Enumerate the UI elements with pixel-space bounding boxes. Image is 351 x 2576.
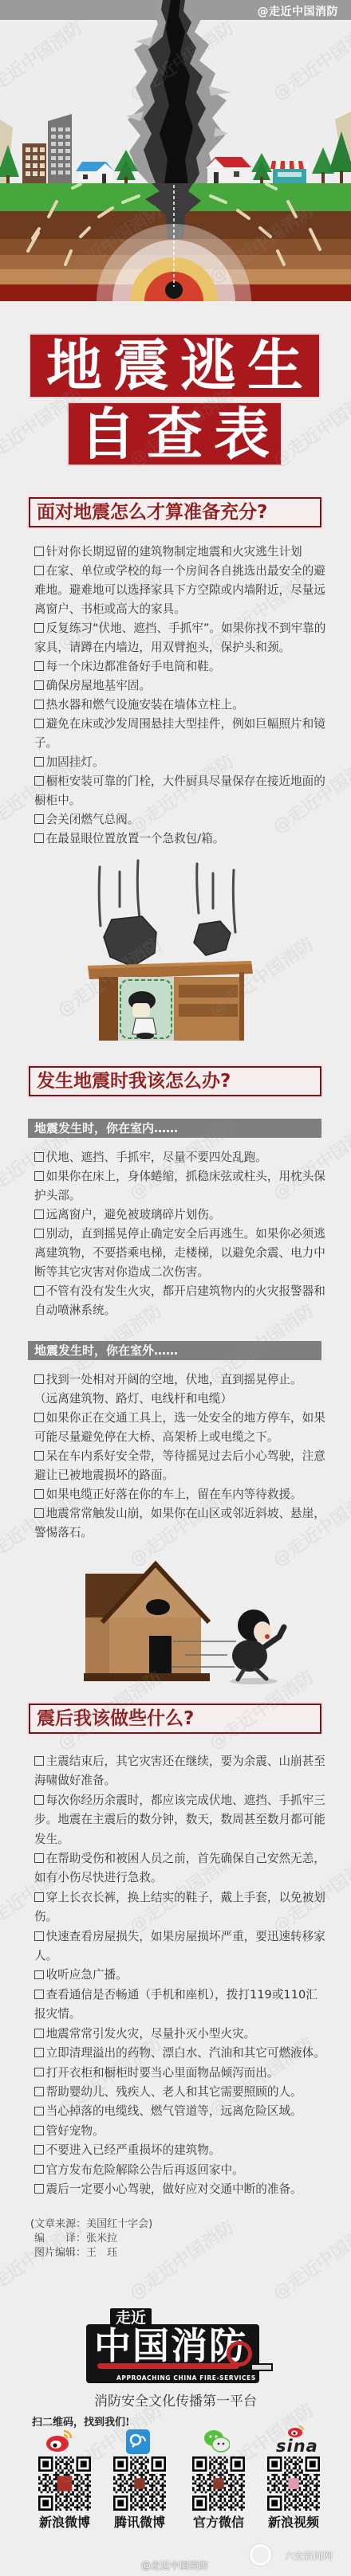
item-text: 如果你在床上，身体蜷缩，抓稳床弦或柱头，用枕头保护头部。 — [34, 1170, 325, 1202]
checklist-item: 呆在车内系好安全带，等待摇晃过去后小心驾驶，注意避让已被地震损坏的路面。 — [34, 1447, 326, 1485]
checklist-item: 每次你经历余震时，都应该完成伏地、遮挡、手抓牢三步。地震在主震后的数分钟，数天，… — [34, 1791, 326, 1849]
watermark: @走近中国消防 — [267, 2214, 351, 2305]
item-text: 管好宠物。 — [46, 2124, 105, 2138]
checkbox-icon — [34, 1970, 44, 1980]
evacuate-house-illustration — [0, 1554, 351, 1689]
item-text: 震后一定要小心驾驶，做好应对交通中断的准备。 — [46, 2182, 302, 2196]
item-text: 每次你经历余震时，都应该完成伏地、遮挡、手抓牢三步。地震在主震后的数分钟，数天，… — [34, 1794, 325, 1846]
checklist-item: 找到一处相对开阔的空地，伏地，直到摇晃停止。 （远离建筑物、路灯、电线杆和电缆） — [34, 1370, 326, 1409]
item-text: 打开衣柜和橱柜时要当心里面物品倾泻而出。 — [46, 2066, 279, 2080]
top-bar-watermark: @走近中国消防 — [258, 3, 339, 19]
item-text: 当心掉落的电缆线、燃气管道等，远离危险区域。 — [46, 2104, 302, 2118]
checklist-item: 如果电缆正好落在你的车上，留在车内等待救援。 — [34, 1485, 326, 1504]
checklist-item: 如果你在床上，身体蜷缩，抓稳床弦或柱头，用枕头保护头部。 — [34, 1167, 326, 1206]
item-text: 主震结束后，其它灾害还在继续，要为余震、山崩甚至海啸做好准备。 — [34, 1755, 325, 1787]
checklist-item: 在最显眼位置放置一个急救包/箱。 — [34, 829, 326, 849]
item-text: 橱柜安装可靠的门栓，大件厨具尽量保存在接近地面的橱柜中。 — [34, 774, 325, 807]
hero-banner: @走近中国消防 — [0, 0, 351, 301]
item-text: 不要进入已经严重损坏的建筑物。 — [46, 2143, 221, 2157]
checkbox-icon — [34, 623, 44, 633]
checklist-item: 反复练习“伏地、遮挡、手抓牢”。如果你找不到牢靠的家具，请蹲在内墙边，用双臂抱头… — [34, 619, 326, 657]
qr-code-tencent-weibo — [113, 2456, 166, 2511]
item-text: 伏地、遮挡、手抓牢，尽量不要四处乱跑。 — [46, 1151, 267, 1164]
checklist-item: 伏地、遮挡、手抓牢，尽量不要四处乱跑。 — [34, 1148, 326, 1167]
checkbox-icon — [34, 661, 44, 671]
item-text: 收听应急广播。 — [46, 1968, 128, 1982]
checklist-item: 不要进入已经严重损坏的建筑物。 — [34, 2141, 326, 2160]
checkbox-icon — [34, 1853, 44, 1863]
checkbox-icon — [34, 776, 44, 786]
checklist-item: 管好宠物。 — [34, 2122, 326, 2141]
checkbox-icon — [34, 1892, 44, 1902]
item-text: 热水器和燃气设施安装在墙体立柱上。 — [46, 698, 244, 712]
checklist-item: 立即清理溢出的药物、漂白水、汽油和其它可燃液体。 — [34, 2044, 326, 2063]
item-text: 确保房屋地基牢固。 — [46, 679, 151, 692]
checkbox-icon — [34, 680, 44, 690]
checkbox-icon — [34, 1508, 44, 1518]
checklist-item: 在帮助受伤和被困人员之前，首先确保自己安然无恙，如有小伤尽快进行急救。 — [34, 1849, 326, 1888]
item-text: 如果你正在交通工具上，选一处安全的地方停车，如果可能尽量避免停在大桥、高架桥上或… — [34, 1411, 325, 1444]
checkbox-icon — [34, 2184, 44, 2194]
credit-translator: 编 译：张米拉 — [30, 2232, 152, 2246]
item-text: 找到一处相对开阔的空地，伏地，直到摇晃停止。 （远离建筑物、路灯、电线杆和电缆） — [34, 1373, 302, 1406]
checklist-item: 加固挂灯。 — [34, 753, 326, 772]
item-text: 不管有没有发生火灾，都开启建筑物内的火灾报警器和自动喷淋系统。 — [34, 1284, 325, 1317]
item-text: 地震常常引发火灾，尽量扑灭小型火灾。 — [46, 2027, 256, 2041]
checklist-item: 避免在床或沙发周围悬挂大型挂件，例如巨幅照片和镜子。 — [34, 715, 326, 753]
partner-watermark: 六安新闻网 — [285, 2549, 333, 2562]
checkbox-icon — [34, 700, 44, 709]
item-text: 快速查看房屋损失，如果房屋损坏严重，要迅速转移家人。 — [34, 1930, 325, 1962]
hose-nozzle-icon — [250, 2363, 273, 2371]
checkbox-icon — [34, 1795, 44, 1805]
checkbox-icon — [34, 1489, 44, 1499]
qr-code-sina-weibo — [38, 2456, 91, 2511]
item-text: 帮助婴幼儿、残疾人、老人和其它需要照顾的人。 — [46, 2085, 302, 2099]
item-text: 针对你长期逗留的建筑物制定地震和火灾逃生计划 — [46, 545, 302, 559]
checkbox-icon — [34, 2048, 44, 2057]
item-text: 加固挂灯。 — [46, 755, 105, 769]
section-heading-during: 发生地震时我该怎么办? — [29, 1066, 321, 1096]
sina-icon — [287, 2425, 305, 2437]
checkbox-icon — [34, 833, 44, 843]
item-text: 官方发布危险解除公告后再返回家中。 — [46, 2163, 244, 2177]
wechat-icon — [204, 2429, 230, 2453]
item-text: 穿上长衣长裤，换上结实的鞋子，戴上手套，以免被划伤。 — [34, 1891, 325, 1923]
checkbox-icon — [34, 1990, 44, 1999]
bottom-watermark: @走近中国消防 — [141, 2558, 208, 2572]
checkbox-icon — [34, 1374, 44, 1384]
checklist-after: 主震结束后，其它灾害还在继续，要为余震、山崩甚至海啸做好准备。 每次你经历余震时… — [34, 1752, 326, 2199]
subheading-indoor: 地震发生时，你在室内…… — [28, 1119, 321, 1138]
checklist-item: 收听应急广播。 — [34, 1966, 326, 1985]
checklist-item: 查看通信是否畅通（手机和座机），拨打119或110汇报灾情。 — [34, 1986, 326, 2025]
checklist-prepare: 针对你长期逗留的建筑物制定地震和火灾逃生计划 在家、单位或学校的每一个房间各自挑… — [34, 543, 326, 849]
checklist-item: 当心掉落的电缆线、燃气管道等，远离危险区域。 — [34, 2102, 326, 2121]
credits: (文章来源：美国红十字会) 编 译：张米拉 图片编辑：王 珏 — [30, 2217, 152, 2260]
checklist-item: 穿上长衣长裤，换上结实的鞋子，戴上手套，以免被划伤。 — [34, 1888, 326, 1927]
tencent-weibo-icon — [126, 2429, 150, 2454]
checklist-item: 主震结束后，其它灾害还在继续，要为余震、山崩甚至海啸做好准备。 — [34, 1752, 326, 1791]
item-text: 查看通信是否畅通（手机和座机），拨打119或110汇报灾情。 — [34, 1988, 317, 2021]
checkbox-icon — [34, 2107, 44, 2116]
checklist-item: 橱柜安装可靠的门栓，大件厨具尽量保存在接近地面的橱柜中。 — [34, 772, 326, 810]
fire-hose-icon — [97, 2363, 239, 2369]
checkbox-icon — [34, 1756, 44, 1766]
checklist-item: 帮助婴幼儿、残疾人、老人和其它需要照顾的人。 — [34, 2083, 326, 2102]
item-text: 在帮助受伤和被困人员之前，首先确保自己安然无恙，如有小伤尽快进行急救。 — [34, 1852, 325, 1884]
checkbox-icon — [34, 1931, 44, 1941]
checklist-item: 针对你长期逗留的建筑物制定地震和火灾逃生计划 — [34, 543, 326, 562]
checkbox-icon — [34, 1413, 44, 1422]
checkbox-icon — [34, 2126, 44, 2135]
subheading-outdoor: 地震发生时，你在室外…… — [28, 1341, 321, 1360]
qr-label-wechat: 官方微信 — [183, 2512, 254, 2531]
item-text: 呆在车内系好安全带，等待摇晃过去后小心驾驶，注意避让已被地震损坏的路面。 — [34, 1449, 325, 1482]
credit-photo-editor: 图片编辑：王 珏 — [30, 2246, 152, 2260]
checkbox-icon — [34, 1210, 44, 1219]
checklist-item: 不管有没有发生火灾，都开启建筑物内的火灾报警器和自动喷淋系统。 — [34, 1282, 326, 1320]
duck-under-desk-illustration — [0, 853, 351, 1044]
checklist-item: 震后一定要小心驾驶，做好应对交通中断的准备。 — [34, 2180, 326, 2199]
checkbox-icon — [34, 2165, 44, 2174]
checkbox-icon — [34, 757, 44, 767]
qr-label-sina-video: 新浪视频 — [258, 2512, 329, 2531]
checklist-item: 确保房屋地基牢固。 — [34, 676, 326, 696]
checkbox-icon — [34, 719, 44, 728]
section-heading-after: 震后我该做些什么? — [29, 1704, 321, 1734]
page-title-line-2: 自查表 — [69, 403, 281, 465]
checklist-item: 每一个床边都准备好手电筒和鞋。 — [34, 657, 326, 676]
checkbox-icon — [34, 566, 44, 575]
checklist-item: 会关闭燃气总阀。 — [34, 810, 326, 829]
item-text: 避免在床或沙发周围悬挂大型挂件，例如巨幅照片和镜子。 — [34, 717, 325, 750]
checklist-outdoor: 找到一处相对开阔的空地，伏地，直到摇晃停止。 （远离建筑物、路灯、电线杆和电缆）… — [34, 1370, 326, 1543]
checkbox-icon — [34, 1152, 44, 1162]
item-text: 在家、单位或学校的每一个房间各自挑选出最安全的避难地。避难地可以选择家具下方空隙… — [34, 564, 325, 616]
sina-brand-text: sina — [276, 2437, 318, 2456]
checkbox-icon — [34, 814, 44, 824]
item-text: 远离窗户，避免被玻璃碎片划伤。 — [46, 1208, 221, 1221]
credit-source: (文章来源：美国红十字会) — [30, 2217, 152, 2232]
brand-logo-main-text: 中国消防 — [94, 2327, 247, 2365]
checklist-item: 远离窗户，避免被玻璃碎片划伤。 — [34, 1206, 326, 1225]
partner-logo-icon — [250, 2544, 271, 2566]
item-text: 会关闭燃气总阀。 — [46, 813, 140, 826]
checkbox-icon — [34, 1229, 44, 1238]
checklist-item: 别动，直到摇晃停止确定安全后再逃生。如果你必须逃离建筑物，不要搭乘电梯，走楼梯，… — [34, 1225, 326, 1282]
section-heading-prepare: 面对地震怎么才算准备充分? — [29, 497, 321, 527]
item-text: 地震常常触发山崩，如果你在山区或邻近斜坡、悬崖，警惕落石。 — [34, 1507, 325, 1539]
checkbox-icon — [34, 2145, 44, 2155]
item-text: 如果电缆正好落在你的车上，留在车内等待救援。 — [46, 1488, 302, 1501]
item-text: 每一个床边都准备好手电筒和鞋。 — [46, 660, 221, 673]
earthquake-crack-illustration — [0, 0, 351, 301]
checklist-item: 热水器和燃气设施安装在墙体立柱上。 — [34, 696, 326, 715]
qr-label-sina-weibo: 新浪微博 — [29, 2512, 101, 2531]
scan-qr-prompt: 扫二维码，找到我们! — [32, 2413, 130, 2429]
checklist-item: 快速查看房屋损失，如果房屋损坏严重，要迅速转移家人。 — [34, 1927, 326, 1966]
checklist-item: 官方发布危险解除公告后再返回家中。 — [34, 2161, 326, 2180]
brand-logo-english: APPROACHING CHINA FIRE-SERVICES — [116, 2374, 256, 2382]
checkbox-icon — [34, 1286, 44, 1296]
qr-code-sina-video — [267, 2456, 320, 2511]
checkbox-icon — [34, 547, 44, 556]
sina-weibo-icon — [45, 2428, 75, 2453]
checkbox-icon — [34, 2087, 44, 2096]
brand-slogan: 消防安全文化传播第一平台 — [0, 2390, 351, 2409]
checklist-item: 打开衣柜和橱柜时要当心里面物品倾泻而出。 — [34, 2064, 326, 2083]
checkbox-icon — [34, 1451, 44, 1461]
qr-label-tencent-weibo: 腾讯微博 — [104, 2512, 175, 2531]
checkbox-icon — [34, 1171, 44, 1181]
checkbox-icon — [34, 2029, 44, 2038]
checklist-item: 如果你正在交通工具上，选一处安全的地方停车，如果可能尽量避免停在大桥、高架桥上或… — [34, 1409, 326, 1447]
checklist-item: 地震常常触发山崩，如果你在山区或邻近斜坡、悬崖，警惕落石。 — [34, 1504, 326, 1543]
checklist-item: 在家、单位或学校的每一个房间各自挑选出最安全的避难地。避难地可以选择家具下方空隙… — [34, 562, 326, 619]
page-title-line-1: 地震逃生 — [30, 335, 319, 397]
checklist-item: 地震常常引发火灾，尽量扑灭小型火灾。 — [34, 2025, 326, 2044]
item-text: 立即清理溢出的药物、漂白水、汽油和其它可燃液体。 — [46, 2046, 325, 2060]
checklist-indoor: 伏地、遮挡、手抓牢，尽量不要四处乱跑。 如果你在床上，身体蜷缩，抓稳床弦或柱头，… — [34, 1148, 326, 1320]
item-text: 在最显眼位置放置一个急救包/箱。 — [46, 832, 225, 845]
qr-code-wechat — [192, 2456, 245, 2511]
item-text: 反复练习“伏地、遮挡、手抓牢”。如果你找不到牢靠的家具，请蹲在内墙边，用双臂抱头… — [34, 621, 325, 654]
checkbox-icon — [34, 2068, 44, 2077]
item-text: 别动，直到摇晃停止确定安全后再逃生。如果你必须逃离建筑物，不要搭乘电梯，走楼梯，… — [34, 1227, 325, 1279]
